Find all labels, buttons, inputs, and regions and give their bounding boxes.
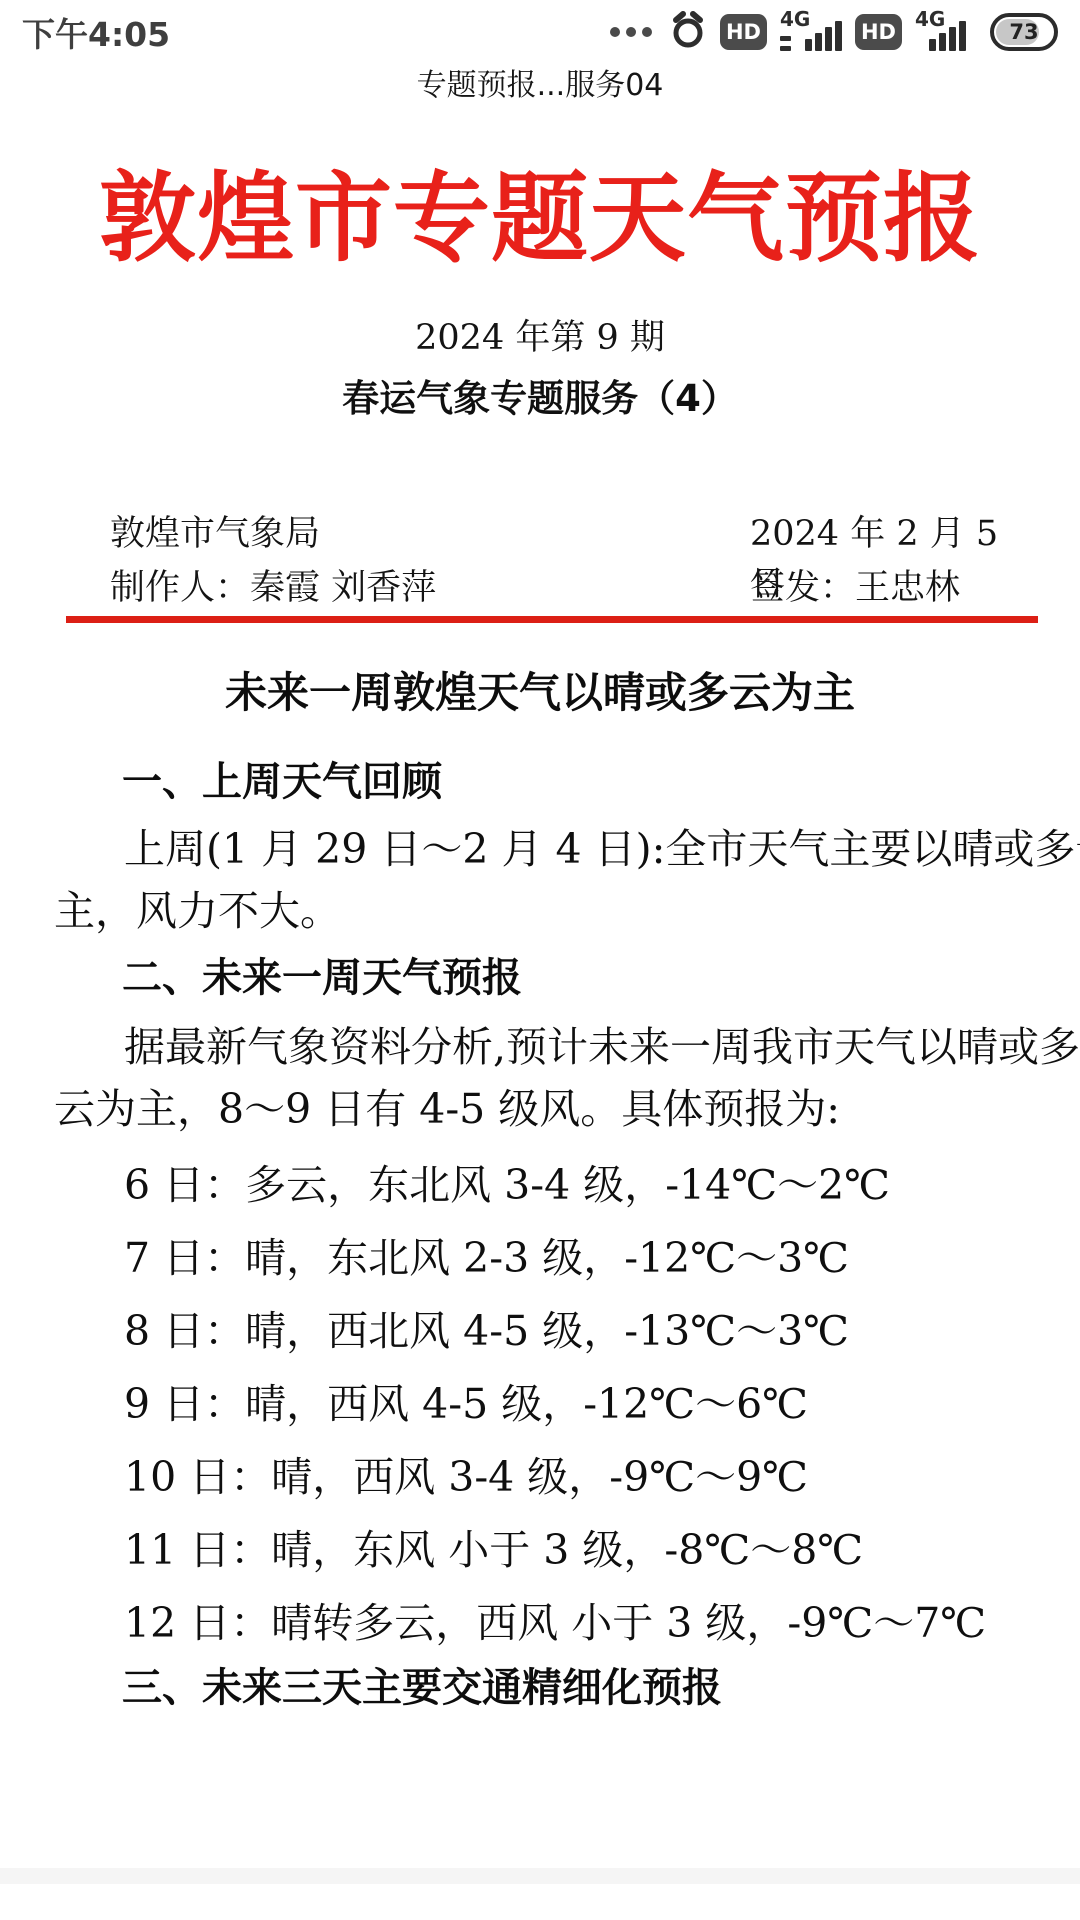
signal-bars-icon: 4G <box>780 10 842 54</box>
clock-label: 下午4:05 <box>22 9 170 56</box>
forecast-line: 12 日：晴转多云，西风 小于 3 级，-9℃～7℃ <box>124 1590 986 1649</box>
meta-row: 制作人：秦霞 刘香萍 签发：王忠林 <box>110 560 1020 604</box>
producer-label: 制作人：秦霞 刘香萍 <box>110 568 436 608</box>
phone-screen: 下午4:05 HD 4G HD 4G <box>0 0 1080 1920</box>
battery-percent-label: 73 <box>994 17 1054 47</box>
bulletin-issue-line: 2024 年第 9 期 <box>0 310 1080 360</box>
section2-title: 二、未来一周天气预报 <box>122 946 522 1003</box>
forecast-line: 6 日：多云，东北风 3-4 级，-14℃～2℃ <box>124 1152 890 1211</box>
paragraph-line: 主，风力不大。 <box>54 878 341 937</box>
section1-title: 一、上周天气回顾 <box>122 750 442 807</box>
section3-title: 三、未来三天主要交通精细化预报 <box>122 1656 722 1713</box>
forecast-line: 9 日：晴，西风 4-5 级，-12℃～6℃ <box>124 1371 808 1430</box>
document-title: 专题预报...服务04 <box>0 60 1080 104</box>
meta-row: 敦煌市气象局 2024 年 2 月 5 日 <box>110 506 1020 550</box>
hd-voice-icon: HD <box>855 14 902 50</box>
more-dots-icon <box>610 27 652 37</box>
forecast-line: 11 日：晴，东风 小于 3 级，-8℃～8℃ <box>124 1517 863 1576</box>
bottom-toolbar-edge <box>0 1868 1080 1884</box>
red-divider-rule <box>66 616 1038 623</box>
bulletin-main-title: 敦煌市专题天气预报 <box>0 140 1080 280</box>
signal-dashes <box>780 36 791 51</box>
signal-bars-icon: 4G <box>915 10 977 54</box>
status-icons: HD 4G HD 4G 73 <box>610 10 1058 54</box>
issuer-label: 签发：王忠林 <box>750 560 960 610</box>
forecast-line: 10 日：晴，西风 3-4 级，-9℃～9℃ <box>124 1444 808 1503</box>
hd-voice-icon: HD <box>720 14 767 50</box>
paragraph-line: 云为主，8～9 日有 4-5 级风。具体预报为: <box>54 1076 840 1135</box>
forecast-headline: 未来一周敦煌天气以晴或多云为主 <box>54 660 1026 720</box>
paragraph-line: 上周(1 月 29 日～2 月 4 日):全市天气主要以晴或多云为 <box>124 816 1080 875</box>
forecast-line: 8 日：晴，西北风 4-5 级，-13℃～3℃ <box>124 1298 849 1357</box>
forecast-line: 7 日：晴，东北风 2-3 级，-12℃～3℃ <box>124 1225 849 1284</box>
battery-icon: 73 <box>990 13 1058 51</box>
alarm-clock-icon <box>669 10 707 54</box>
bulletin-service-line: 春运气象专题服务（4） <box>0 368 1080 422</box>
agency-label: 敦煌市气象局 <box>110 514 320 554</box>
status-bar: 下午4:05 HD 4G HD 4G <box>0 0 1080 58</box>
paragraph-line: 据最新气象资料分析,预计未来一周我市天气以晴或多 <box>124 1014 1080 1073</box>
